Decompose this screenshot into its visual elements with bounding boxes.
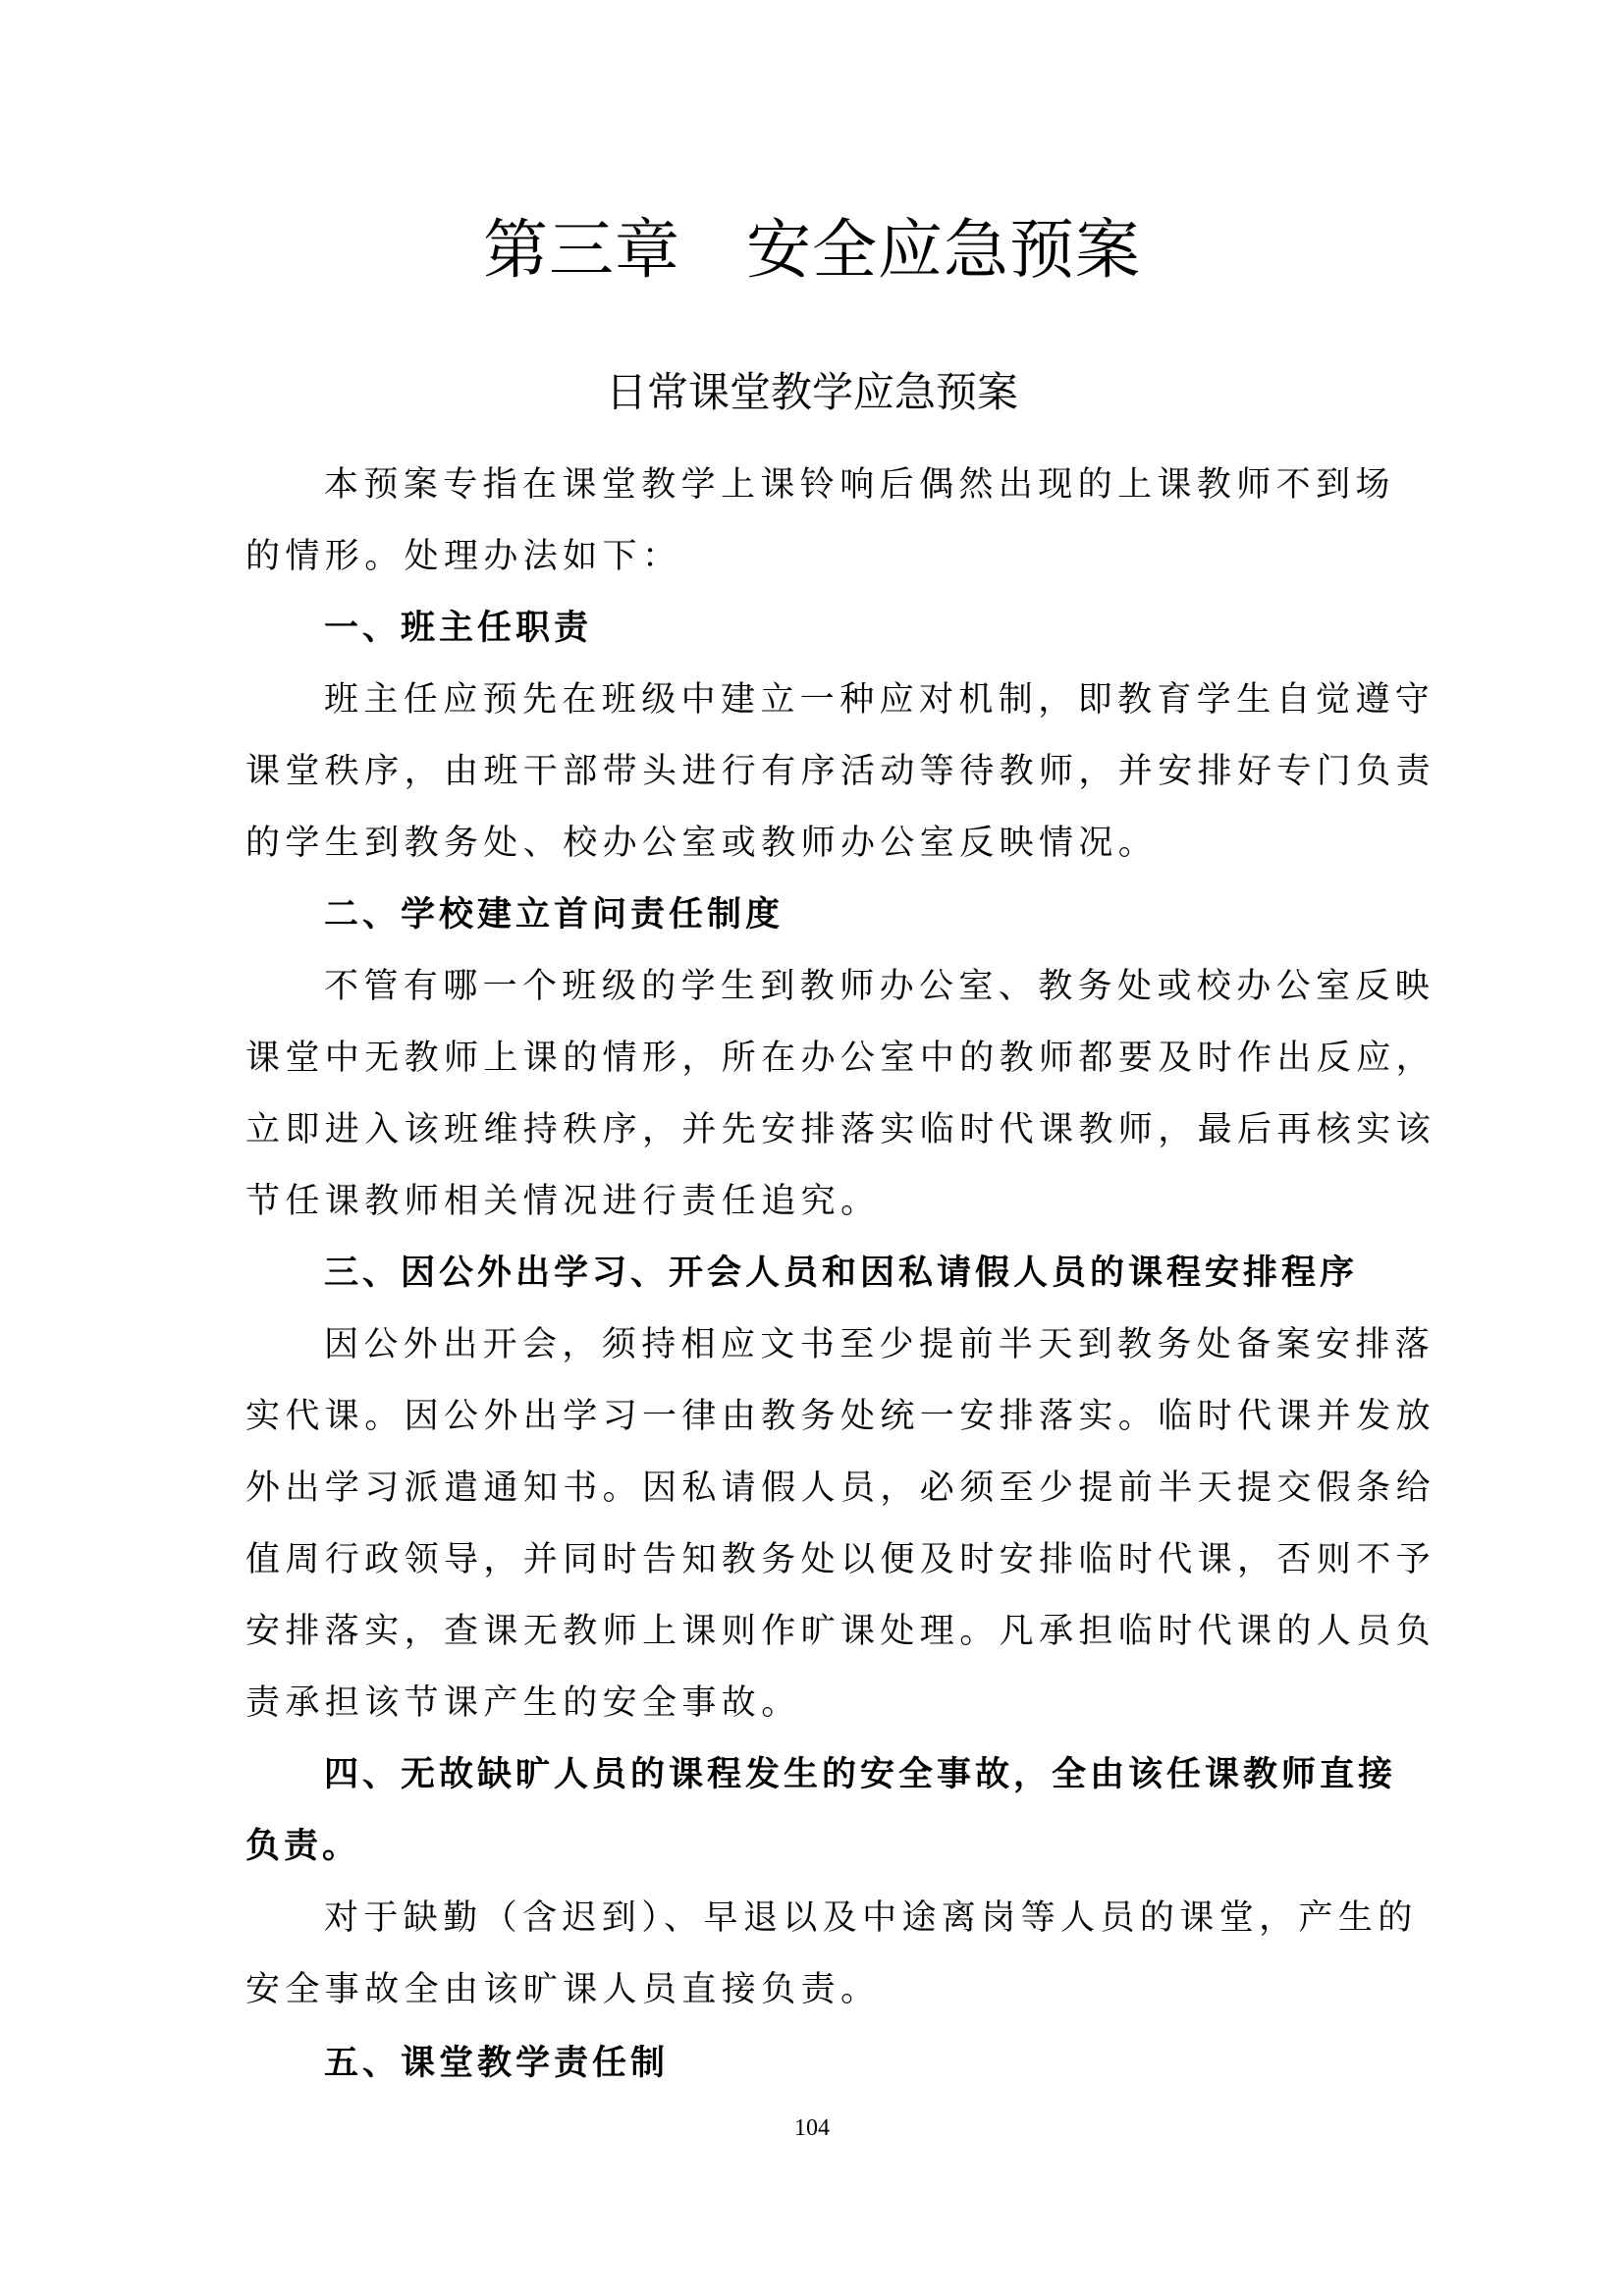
paragraph-line: 实代课。因公外出学习一律由教务处统一安排落实。临时代课并发放 — [245, 1381, 1435, 1453]
paragraph-line: 外出学习派遣通知书。因私请假人员，必须至少提前半天提交假条给 — [245, 1453, 1435, 1524]
page-number: 104 — [0, 2113, 1624, 2143]
paragraph-line: 的情形。处理办法如下： — [245, 521, 681, 593]
paragraph-line: 立即进入该班维持秩序，并先安排落实临时代课教师，最后再核实该 — [245, 1095, 1435, 1166]
section-heading-line: 二、学校建立首问责任制度 — [324, 880, 784, 951]
section-title: 日常课堂教学应急预案 — [0, 363, 1624, 422]
paragraph-line: 因公外出开会，须持相应文书至少提前半天到教务处备案安排落 — [324, 1309, 1435, 1381]
section-heading-line: 负责。 — [245, 1811, 360, 1883]
paragraph-line: 本预案专指在课堂教学上课铃响后偶然出现的上课教师不到场 — [324, 450, 1395, 521]
paragraph-line: 不管有哪一个班级的学生到教师办公室、教务处或校办公室反映 — [324, 951, 1435, 1023]
section-heading-line: 一、班主任职责 — [324, 593, 592, 665]
paragraph-line: 责承担该节课产生的安全事故。 — [245, 1668, 801, 1739]
paragraph-line: 课堂秩序，由班干部带头进行有序活动等待教师，并安排好专门负责 — [245, 736, 1435, 808]
paragraph-line: 课堂中无教师上课的情形，所在办公室中的教师都要及时作出反应， — [245, 1023, 1435, 1095]
paragraph-line: 对于缺勤（含迟到）、早退以及中途离岗等人员的课堂，产生的 — [324, 1883, 1418, 1954]
paragraph-line: 的学生到教务处、校办公室或教师办公室反映情况。 — [245, 808, 1158, 880]
section-heading-line: 四、无故缺旷人员的课程发生的安全事故，全由该任课教师直接 — [324, 1739, 1396, 1811]
paragraph-line: 安排落实，查课无教师上课则作旷课处理。凡承担临时代课的人员负 — [245, 1596, 1435, 1668]
paragraph-line: 节任课教师相关情况进行责任追究。 — [245, 1166, 880, 1238]
paragraph-line: 安全事故全由该旷课人员直接负责。 — [245, 1954, 880, 2026]
paragraph-line: 班主任应预先在班级中建立一种应对机制，即教育学生自觉遵守 — [324, 665, 1435, 736]
chapter-title: 第三章 安全应急预案 — [0, 211, 1624, 290]
document-page: 第三章 安全应急预案 日常课堂教学应急预案 本预案专指在课堂教学上课铃响后偶然出… — [0, 0, 1624, 2296]
paragraph-line: 值周行政领导，并同时告知教务处以便及时安排临时代课，否则不予 — [245, 1524, 1435, 1596]
section-heading-line: 三、因公外出学习、开会人员和因私请假人员的课程安排程序 — [324, 1238, 1358, 1309]
section-heading-line: 五、课堂教学责任制 — [324, 2028, 669, 2100]
